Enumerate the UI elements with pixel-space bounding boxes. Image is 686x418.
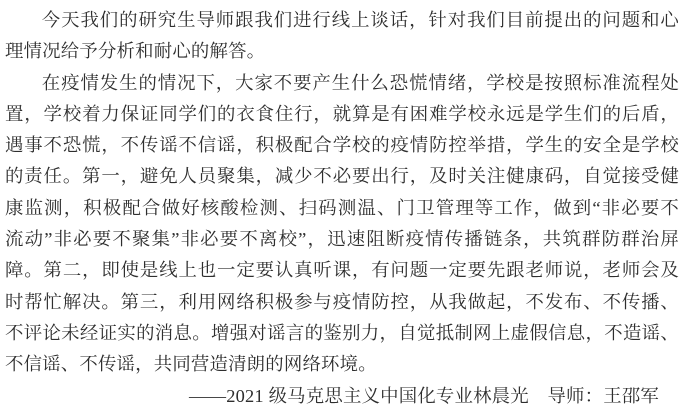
paragraph-2-line-4: 的责任。第一，避免人员聚集，减少不必要出行，及时关注健康码，自觉接受健	[5, 161, 679, 192]
paragraph-2-line-9: 不评论未经证实的消息。增强对谣言的鉴别力，自觉抵制网上虚假信息，不造谣、	[5, 318, 679, 349]
paragraph-2-line-3: 遇事不恐慌，不传谣不信谣，积极配合学校的疫情防控举措，学生的安全是学校	[5, 130, 679, 161]
paragraph-1-line-1: 今天我们的研究生导师跟我们进行线上谈话，针对我们目前提出的问题和心	[5, 5, 679, 36]
paragraph-2-line-6: 流动”非必要不聚集”非必要不离校”，迅速阻断疫情传播链条，共筑群防群治屏	[5, 224, 679, 255]
paragraph-2-line-10: 不信谣、不传谣，共同营造清朗的网络环境。	[5, 349, 679, 380]
signature-line: ——2021 级马克思主义中国化专业林晨光 导师：王邵军	[5, 381, 679, 412]
document-page: 今天我们的研究生导师跟我们进行线上谈话，针对我们目前提出的问题和心 理情况给予分…	[0, 0, 686, 418]
paragraph-2-line-7: 障。第二，即使是线上也一定要认真听课，有问题一定要先跟老师说，老师会及	[5, 255, 679, 286]
paragraph-2-line-5: 康监测，积极配合做好核酸检测、扫码测温、门卫管理等工作，做到“非必要不	[5, 193, 679, 224]
paragraph-2-line-2: 置，学校着力保证同学们的衣食住行，就算是有困难学校永远是学生们的后盾，	[5, 99, 679, 130]
paragraph-1-line-2: 理情况给予分析和耐心的解答。	[5, 36, 679, 67]
paragraph-2-line-1: 在疫情发生的情况下，大家不要产生什么恐慌情绪，学校是按照标准流程处	[5, 68, 679, 99]
paragraph-2-line-8: 时帮忙解决。第三，利用网络积极参与疫情防控，从我做起，不发布、不传播、	[5, 287, 679, 318]
